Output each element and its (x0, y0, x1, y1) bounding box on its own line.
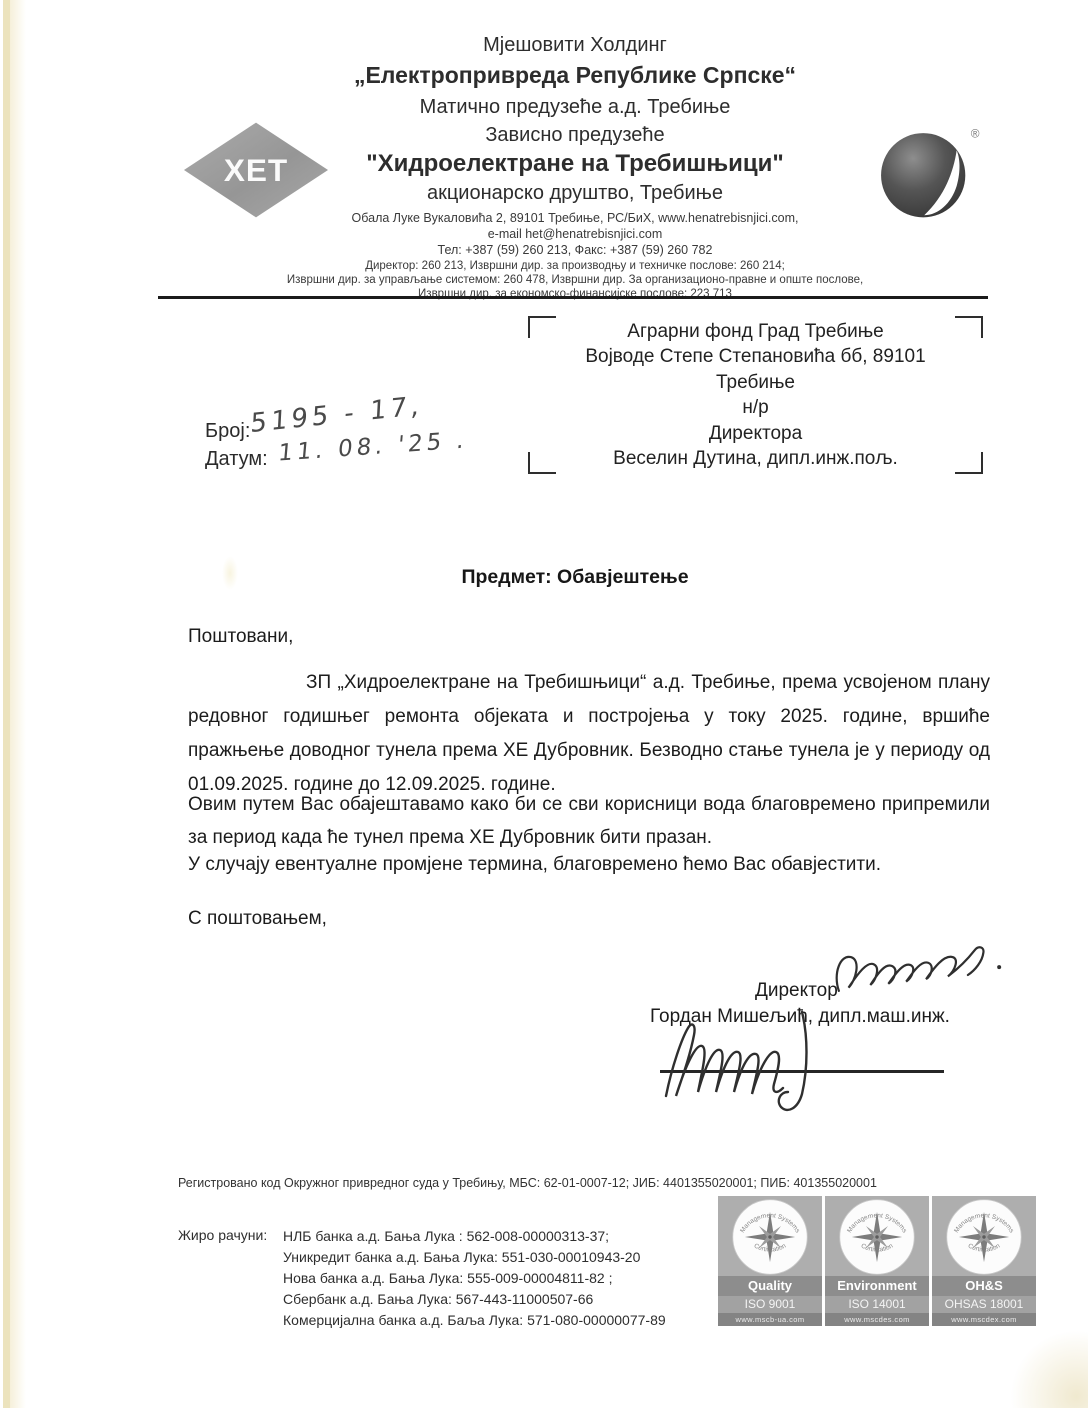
ref-date-label: Датум: (205, 448, 268, 471)
corner-mark (528, 316, 556, 338)
header-divider (158, 296, 988, 299)
bank-account-line: Уникредит банка а.д. Бања Лука: 551-030-… (283, 1247, 666, 1268)
badge-ohsas18001: Management Systems Certification OH&S OH… (932, 1196, 1036, 1326)
subsidiary-line: Зависно предузеће (175, 124, 975, 147)
signature-scribble-main (652, 1008, 900, 1116)
recipient-line: Директора (528, 421, 983, 447)
bank-account-line: Комерцијална банка а.д. Баља Лука: 571-0… (283, 1310, 666, 1331)
badge-url: www.mscdex.com (932, 1313, 1036, 1326)
subject-line: Предмет: Обавјештење (175, 566, 975, 589)
registration-line: Регистровано код Окружног привредног суд… (178, 1176, 877, 1190)
address-line: Обала Луке Вукаловића 2, 89101 Требиње, … (175, 211, 975, 225)
badge-url: www.mscdes.com (825, 1313, 929, 1326)
scanned-letter-page: ХЕТ ® Мјешовити Холдинг „Електропривреда… (0, 0, 1088, 1408)
recipient-line: Веселин Дутина, дипл.инж.пољ. (528, 446, 983, 472)
bank-account-line: НЛБ банка а.д. Бања Лука : 562-008-00000… (283, 1226, 666, 1247)
corner-mark (528, 452, 556, 474)
body-paragraph: У случају евентуалне промјене термина, б… (188, 854, 990, 876)
email-line: e-mail het@henatrebisnjici.com (175, 227, 975, 241)
recipient-address-block: Аграрни фонд Град Требиње Војводе Степе … (528, 316, 983, 474)
company-type-line: акционарско друштво, Требиње (175, 182, 975, 205)
company-name: „Електропривреда Републике Српске“ (175, 62, 975, 89)
recipient-line: Војводе Степе Степановића бб, 89101 (528, 344, 983, 370)
badge-standard: ISO 9001 (718, 1296, 822, 1313)
badge-category: Quality (718, 1276, 822, 1296)
badge-iso9001: Management Systems Certification Quality… (718, 1196, 822, 1326)
body-paragraph: ЗП „Хидроелектране на Требишњици“ а.д. Т… (188, 666, 990, 802)
letterhead: Мјешовити Холдинг „Електропривреда Репуб… (175, 34, 975, 300)
scan-smudge-artifact (1010, 1330, 1088, 1408)
salutation: Поштовани, (188, 626, 990, 648)
badge-standard: OHSAS 18001 (932, 1296, 1036, 1313)
corner-mark (955, 452, 983, 474)
director-phone-line: Директор: 260 213, Извршни дир. за произ… (175, 260, 975, 272)
recipient-line: Аграрни фонд Град Требиње (528, 319, 983, 345)
ref-number-label: Број: (205, 420, 250, 443)
bank-account-line: Нова банка а.д. Бања Лука: 555-009-00004… (283, 1268, 666, 1289)
signature-scribble-initials (823, 918, 1029, 1006)
scan-edge-fade-artifact (10, 0, 26, 1408)
body-paragraph: Овим путем Вас обајештавамо како би се с… (188, 788, 990, 854)
badge-url: www.mscb-ua.com (718, 1313, 822, 1326)
bank-accounts-list: НЛБ банка а.д. Бања Лука : 562-008-00000… (283, 1226, 666, 1331)
badge-standard: ISO 14001 (825, 1296, 929, 1313)
holding-line: Мјешовити Холдинг (175, 34, 975, 57)
recipient-line: Требиње (528, 370, 983, 396)
parent-company-line: Матично предузеће а.д. Требиње (175, 96, 975, 119)
bank-account-line: Сбербанк а.д. Бања Лука: 567-443-1100050… (283, 1289, 666, 1310)
phone-line: Тел: +387 (59) 260 213, Факс: +387 (59) … (175, 243, 975, 257)
certification-seal-icon: Management Systems Certification (838, 1198, 916, 1276)
certification-seal-icon: Management Systems Certification (945, 1198, 1023, 1276)
badge-category: OH&S (932, 1276, 1036, 1296)
plant-name: "Хидроелектране на Требишњици" (175, 150, 975, 178)
badge-category: Environment (825, 1276, 929, 1296)
certification-badges: Management Systems Certification Quality… (718, 1196, 1036, 1326)
badge-iso14001: Management Systems Certification Environ… (825, 1196, 929, 1326)
scan-edge-artifact (3, 0, 10, 1408)
bank-accounts-label: Жиро рачуни: (178, 1227, 267, 1243)
recipient-line: н/р (528, 395, 983, 421)
exec-phone-line: Извршни дир. за управљање системом: 260 … (175, 274, 975, 286)
certification-seal-icon: Management Systems Certification (731, 1198, 809, 1276)
closing-line: С поштовањем, (188, 908, 990, 930)
signatory-title: Директор (755, 980, 838, 1002)
corner-mark (955, 316, 983, 338)
